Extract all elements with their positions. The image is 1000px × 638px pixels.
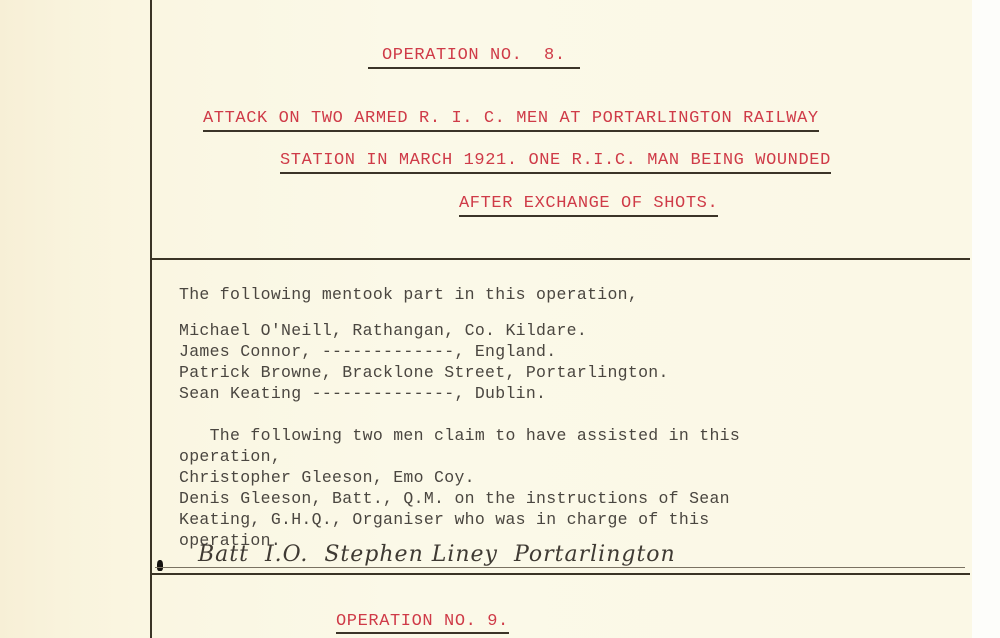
operation-title-line: ATTACK ON TWO ARMED R. I. C. MEN AT PORT…	[203, 109, 819, 132]
participant: Michael O'Neill, Rathangan, Co. Kildare.	[179, 320, 587, 341]
assisted-line: Christopher Gleeson, Emo Coy.	[179, 467, 475, 488]
left-margin-rule	[150, 0, 152, 638]
participant: Patrick Browne, Bracklone Street, Portar…	[179, 362, 669, 383]
assisted-line: Keating, G.H.Q., Organiser who was in ch…	[179, 509, 709, 530]
operation-heading: OPERATION NO. 8.	[368, 46, 580, 69]
handwriting-baseline	[155, 567, 965, 568]
participant: James Connor, -------------, England.	[179, 341, 556, 362]
assisted-intro: The following two men claim to have assi…	[179, 425, 740, 446]
operation-title-line: STATION IN MARCH 1921. ONE R.I.C. MAN BE…	[280, 151, 831, 174]
section-divider	[150, 573, 970, 575]
participants-intro: The following mentook part in this opera…	[179, 284, 638, 305]
assisted-line: Denis Gleeson, Batt., Q.M. on the instru…	[179, 488, 730, 509]
assisted-line: operation,	[179, 446, 281, 467]
operation-heading: OPERATION NO. 9.	[336, 612, 509, 634]
operation-title-line: AFTER EXCHANGE OF SHOTS.	[459, 194, 718, 217]
section-divider	[150, 258, 970, 260]
page-margin	[972, 0, 1000, 638]
handwritten-note: Batt I.O. Stephen Liney Portarlington	[198, 542, 676, 567]
ink-blot	[157, 560, 163, 571]
participant: Sean Keating --------------, Dublin.	[179, 383, 546, 404]
